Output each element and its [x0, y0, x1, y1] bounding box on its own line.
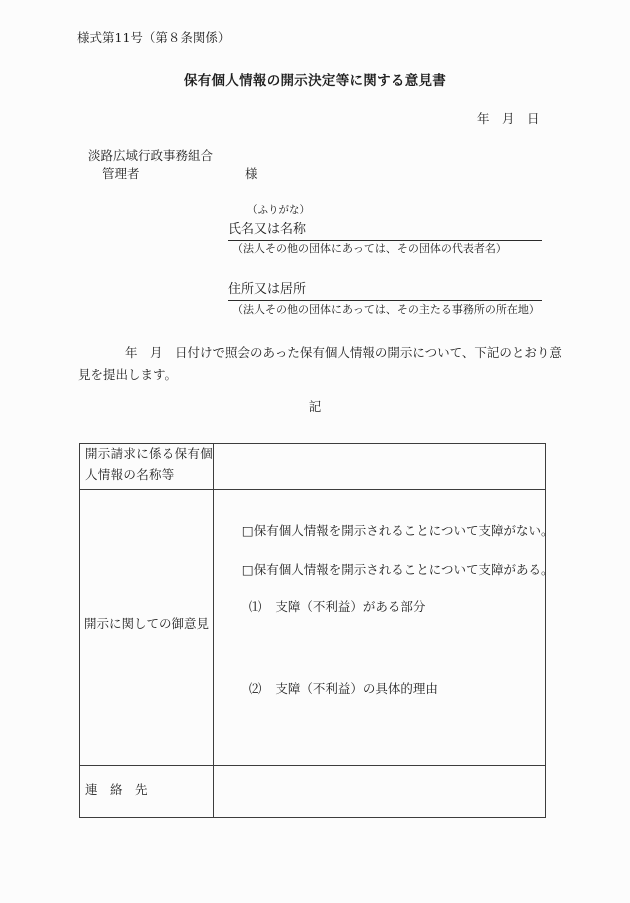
table-column-divider	[213, 444, 214, 817]
opinion-item-1-number: ⑴	[249, 599, 262, 614]
form-number: 様式第11号（第８条関係）	[77, 31, 230, 45]
document-title: 保有個人情報の開示決定等に関する意見書	[0, 74, 630, 90]
opinion-option-no-obstacle: □保有個人情報を開示されることについて支障がない。	[226, 510, 553, 553]
table-row1-label-line2: 人情報の名称等	[85, 468, 175, 482]
opinion-item-2: ⑵支障（不利益）の具体的理由	[233, 668, 438, 711]
row1-value-cell[interactable]	[213, 444, 544, 488]
name-field-note: （法人その他の団体にあっては、その団体の代表者名）	[232, 243, 507, 256]
address-field-blank-line[interactable]: 住所又は居所	[228, 278, 542, 301]
opinion-item-2-text: 支障（不利益）の具体的理由	[275, 681, 438, 696]
table-row2-label: 開示に関しての御意見	[84, 617, 209, 631]
record-heading: 記	[0, 400, 630, 414]
opinion-item-1: ⑴支障（不利益）がある部分	[233, 586, 425, 629]
checkbox-has-obstacle-icon[interactable]: □	[242, 562, 254, 577]
table-row1-label-line1: 開示請求に係る保有個	[85, 447, 213, 461]
checkbox-no-obstacle-icon[interactable]: □	[242, 523, 254, 538]
opinion-option-no-obstacle-text: 保有個人情報を開示されることについて支障がない。	[254, 523, 554, 538]
opinion-item-2-number: ⑵	[249, 681, 262, 696]
name-field-label: 氏名又は名称	[228, 222, 306, 237]
opinion-option-has-obstacle-text: 保有個人情報を開示されることについて支障がある。	[254, 562, 554, 577]
name-field-blank-line[interactable]: 氏名又は名称	[228, 218, 542, 241]
opinion-item-1-text: 支障（不利益）がある部分	[275, 599, 425, 614]
furigana-label: （ふりがな）	[247, 204, 310, 216]
address-field-note: （法人その他の団体にあっては、その主たる事務所の所在地）	[232, 304, 540, 317]
document-page: 様式第11号（第８条関係） 保有個人情報の開示決定等に関する意見書 年 月 日 …	[0, 0, 630, 903]
body-paragraph-line2: 見を提出します。	[78, 368, 177, 382]
addressee-honorific: 様	[245, 167, 258, 181]
date-line: 年 月 日	[477, 112, 540, 126]
table-row2-divider	[80, 765, 545, 766]
addressee-role: 管理者	[102, 167, 140, 181]
row3-value-cell[interactable]	[213, 767, 544, 816]
body-paragraph-line1: 年 月 日付けで照会のあった保有個人情報の開示について、下記のとおり意	[125, 346, 562, 360]
table-row1-divider	[80, 489, 545, 490]
table-row3-label: 連 絡 先	[85, 783, 148, 797]
addressee-organization: 淡路広域行政事務組合	[88, 149, 213, 163]
address-field-label: 住所又は居所	[228, 282, 306, 297]
